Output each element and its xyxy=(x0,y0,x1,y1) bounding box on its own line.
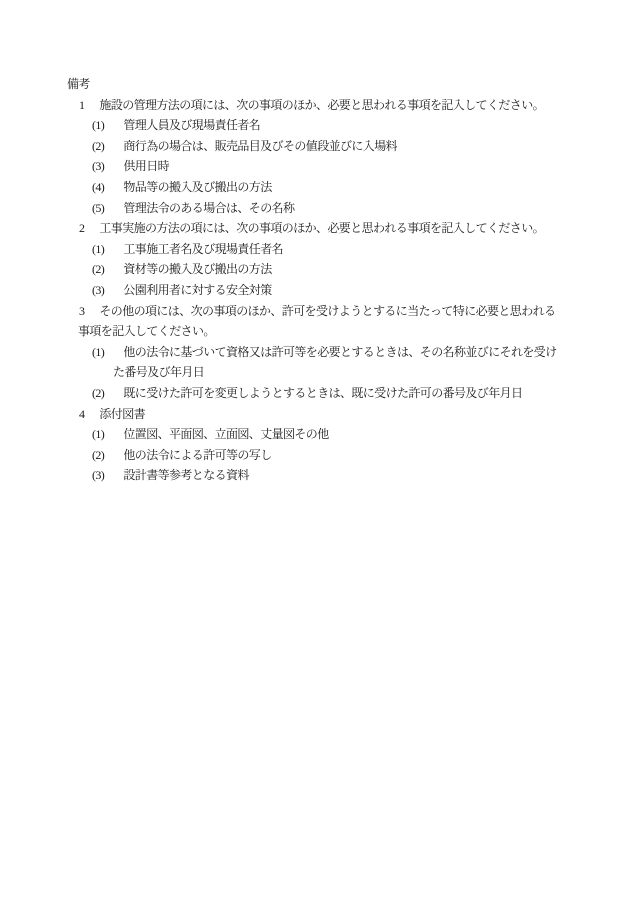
item-number: 2 xyxy=(79,218,97,239)
item-3-sub-1-continuation: た番号及び年月日 xyxy=(0,362,630,383)
subitem-text: 管理人員及び現場責任者名 xyxy=(123,118,260,132)
subitem-number: (2) xyxy=(92,445,121,466)
document-page: 備考 1 施設の管理方法の項には、次の事項のほか、必要と思われる事項を記入してく… xyxy=(0,0,630,903)
subitem-number: (2) xyxy=(92,259,121,280)
remarks-heading: 備考 xyxy=(0,74,630,95)
subitem-text: 資材等の搬入及び搬出の方法 xyxy=(123,262,271,276)
item-4-sub-3: (3) 設計書等参考となる資料 xyxy=(0,465,630,486)
item-3-continuation: 事項を記入してください。 xyxy=(0,321,630,342)
subitem-text: 公園利用者に対する安全対策 xyxy=(123,283,271,297)
remarks-section: 備考 1 施設の管理方法の項には、次の事項のほか、必要と思われる事項を記入してく… xyxy=(0,74,630,486)
subitem-number: (1) xyxy=(92,342,121,363)
subitem-text: 工事施工者名及び現場責任者名 xyxy=(123,242,283,256)
item-text: 添付図書 xyxy=(99,407,145,421)
item-4: 4 添付図書 xyxy=(0,404,630,425)
item-3-sub-2: (2) 既に受けた許可を変更しようとするときは、既に受けた許可の番号及び年月日 xyxy=(0,383,630,404)
item-text-continuation: 事項を記入してください。 xyxy=(78,324,215,338)
subitem-text: 商行為の場合は、販売品目及びその値段並びに入場料 xyxy=(123,139,397,153)
item-text: 工事実施の方法の項には、次の事項のほか、必要と思われる事項を記入してください。 xyxy=(99,221,544,235)
subitem-text: 位置図、平面図、立面図、丈量図その他 xyxy=(123,427,328,441)
subitem-number: (3) xyxy=(92,465,121,486)
item-text: 施設の管理方法の項には、次の事項のほか、必要と思われる事項を記入してください。 xyxy=(99,98,544,112)
subitem-number: (3) xyxy=(92,156,121,177)
item-number: 1 xyxy=(79,95,97,116)
item-2-sub-3: (3) 公園利用者に対する安全対策 xyxy=(0,280,630,301)
subitem-text: 他の法令による許可等の写し xyxy=(123,448,271,462)
item-3: 3 その他の項には、次の事項のほか、許可を受けようとするに当たって特に必要と思わ… xyxy=(0,301,630,322)
subitem-text: 供用日時 xyxy=(123,159,169,173)
subitem-number: (3) xyxy=(92,280,121,301)
item-4-sub-2: (2) 他の法令による許可等の写し xyxy=(0,445,630,466)
item-1-sub-4: (4) 物品等の搬入及び搬出の方法 xyxy=(0,177,630,198)
subitem-number: (1) xyxy=(92,239,121,260)
subitem-number: (5) xyxy=(92,198,121,219)
item-1-sub-2: (2) 商行為の場合は、販売品目及びその値段並びに入場料 xyxy=(0,136,630,157)
item-3-sub-1: (1) 他の法令に基づいて資格又は許可等を必要とするときは、その名称並びにそれを… xyxy=(0,342,630,363)
item-1: 1 施設の管理方法の項には、次の事項のほか、必要と思われる事項を記入してください… xyxy=(0,95,630,116)
item-1-sub-5: (5) 管理法令のある場合は、その名称 xyxy=(0,198,630,219)
subitem-text: 既に受けた許可を変更しようとするときは、既に受けた許可の番号及び年月日 xyxy=(123,386,522,400)
subitem-text: 設計書等参考となる資料 xyxy=(123,468,248,482)
item-1-sub-3: (3) 供用日時 xyxy=(0,156,630,177)
subitem-text: 物品等の搬入及び搬出の方法 xyxy=(123,180,271,194)
item-2-sub-2: (2) 資材等の搬入及び搬出の方法 xyxy=(0,259,630,280)
subitem-number: (2) xyxy=(92,136,121,157)
subitem-number: (2) xyxy=(92,383,121,404)
item-number: 4 xyxy=(79,404,97,425)
item-2-sub-1: (1) 工事施工者名及び現場責任者名 xyxy=(0,239,630,260)
item-number: 3 xyxy=(79,301,97,322)
item-2: 2 工事実施の方法の項には、次の事項のほか、必要と思われる事項を記入してください… xyxy=(0,218,630,239)
item-4-sub-1: (1) 位置図、平面図、立面図、丈量図その他 xyxy=(0,424,630,445)
remarks-heading-text: 備考 xyxy=(67,77,90,91)
subitem-number: (4) xyxy=(92,177,121,198)
subitem-text: 管理法令のある場合は、その名称 xyxy=(123,201,294,215)
subitem-number: (1) xyxy=(92,424,121,445)
subitem-number: (1) xyxy=(92,115,121,136)
item-text: その他の項には、次の事項のほか、許可を受けようとするに当たって特に必要と思われる xyxy=(99,304,555,318)
subitem-text: 他の法令に基づいて資格又は許可等を必要とするときは、その名称並びにそれを受け xyxy=(123,345,556,359)
item-1-sub-1: (1) 管理人員及び現場責任者名 xyxy=(0,115,630,136)
subitem-text-continuation: た番号及び年月日 xyxy=(113,365,204,379)
